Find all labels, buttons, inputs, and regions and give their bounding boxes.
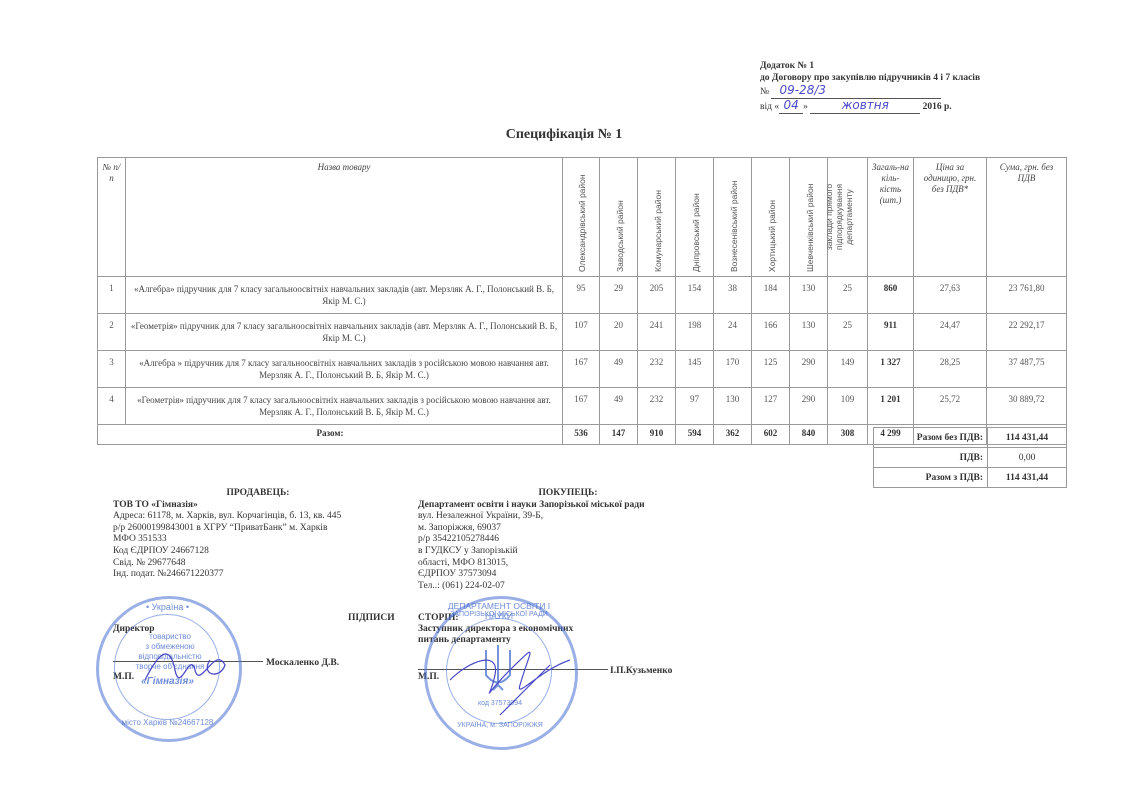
- header-district: Шевченківський район: [790, 158, 828, 277]
- table-row: 2«Геометрія» підручник для 7 класу загал…: [98, 314, 1067, 351]
- district-qty: 290: [790, 351, 828, 388]
- district-total: 840: [790, 425, 828, 445]
- seller-name: ТОВ ТО «Гімназія»: [113, 500, 403, 512]
- total-qty: 1 327: [868, 351, 914, 388]
- seller-detail-line: Інд. подат. №246671220377: [113, 569, 403, 581]
- district-qty: 130: [714, 388, 752, 425]
- header-sum: Сума, грн. без ПДВ: [987, 158, 1067, 277]
- district-qty: 107: [563, 314, 600, 351]
- summary-value: 0,00: [988, 448, 1067, 468]
- district-qty: 154: [676, 277, 714, 314]
- summary-row: Разом без ПДВ:114 431,44: [874, 428, 1067, 448]
- buyer-name: Департамент освіти і науки Запорізької м…: [418, 500, 718, 512]
- district-qty: 109: [828, 388, 868, 425]
- district-qty: 127: [752, 388, 790, 425]
- district-total: 308: [828, 425, 868, 445]
- seller-block: ПРОДАВЕЦЬ: ТОВ ТО «Гімназія» Адреса: 611…: [113, 488, 403, 581]
- buyer-detail-line: ЄДРПОУ 37573094: [418, 569, 718, 581]
- summary-value: 114 431,44: [988, 428, 1067, 448]
- header-district: Вознесенівський район: [714, 158, 752, 277]
- summary-label: Разом без ПДВ:: [874, 428, 988, 448]
- row-number: 4: [98, 388, 126, 425]
- district-qty: 167: [563, 388, 600, 425]
- row-number: 1: [98, 277, 126, 314]
- district-qty: 130: [790, 277, 828, 314]
- row-sum: 23 761,80: [987, 277, 1067, 314]
- contract-number: 09-28/3: [779, 83, 826, 97]
- buyer-detail-line: вул. Незалежної України, 39-Б,: [418, 511, 718, 523]
- district-qty: 49: [600, 351, 638, 388]
- buyer-heading: ПОКУПЕЦЬ:: [418, 488, 718, 500]
- district-total: 536: [563, 425, 600, 445]
- total-qty: 860: [868, 277, 914, 314]
- seller-detail-line: Код ЄДРПОУ 24667128: [113, 546, 403, 558]
- product-name: «Геометрія» підручник для 7 класу загаль…: [126, 314, 563, 351]
- table-row: 4«Геометрія» підручник для 7 класу загал…: [98, 388, 1067, 425]
- summary-row: Разом з ПДВ:114 431,44: [874, 468, 1067, 488]
- header-district: Хортицький район: [752, 158, 790, 277]
- row-number: 2: [98, 314, 126, 351]
- district-qty: 241: [638, 314, 676, 351]
- totals-label: Разом:: [98, 425, 563, 445]
- district-qty: 198: [676, 314, 714, 351]
- district-qty: 24: [714, 314, 752, 351]
- summary-value: 114 431,44: [988, 468, 1067, 488]
- date-month: жовтня: [842, 98, 889, 112]
- buyer-block: ПОКУПЕЦЬ: Департамент освіти і науки Зап…: [418, 488, 718, 592]
- buyer-detail-line: в ГУДКСУ у Запорізькій: [418, 546, 718, 558]
- date-day: 04: [783, 98, 798, 112]
- district-qty: 167: [563, 351, 600, 388]
- district-total: 602: [752, 425, 790, 445]
- district-qty: 149: [828, 351, 868, 388]
- seller-detail-line: Адреса: 61178, м. Харків, вул. Корчагінц…: [113, 511, 403, 523]
- total-qty: 911: [868, 314, 914, 351]
- annex-date: від «04» жовтня 2016 р.: [760, 99, 980, 114]
- seller-detail-line: р/р 26000199843001 в ХГРУ “ПриватБанк” м…: [113, 523, 403, 535]
- district-qty: 29: [600, 277, 638, 314]
- table-row: 1«Алгебра» підручник для 7 класу загальн…: [98, 277, 1067, 314]
- district-qty: 97: [676, 388, 714, 425]
- seller-heading: ПРОДАВЕЦЬ:: [113, 488, 403, 500]
- summary-row: ПДВ:0,00: [874, 448, 1067, 468]
- district-qty: 49: [600, 388, 638, 425]
- header-district: Комунарський район: [638, 158, 676, 277]
- buyer-detail-line: Тел..: (061) 224-02-07: [418, 581, 718, 593]
- page-title: Специфікація № 1: [0, 127, 1128, 143]
- annex-number: № 09-28/3: [760, 84, 980, 99]
- total-qty: 1 201: [868, 388, 914, 425]
- unit-price: 27,63: [914, 277, 987, 314]
- summary-label: ПДВ:: [874, 448, 988, 468]
- district-total: 147: [600, 425, 638, 445]
- header-district: Олександрівський район: [563, 158, 600, 277]
- unit-price: 24,47: [914, 314, 987, 351]
- row-sum: 30 889,72: [987, 388, 1067, 425]
- seller-signature-icon: [140, 640, 230, 690]
- seller-detail-line: МФО 351533: [113, 534, 403, 546]
- specification-table: № п/п Назва товару Олександрівський райо…: [97, 157, 1067, 445]
- annex-line1: Додаток № 1: [760, 60, 980, 72]
- district-qty: 95: [563, 277, 600, 314]
- header-no: № п/п: [98, 158, 126, 277]
- product-name: «Геометрія» підручник для 7 класу загаль…: [126, 388, 563, 425]
- header-district: Дніпровський район: [676, 158, 714, 277]
- header-name: Назва товару: [126, 158, 563, 277]
- unit-price: 25,72: [914, 388, 987, 425]
- district-qty: 232: [638, 351, 676, 388]
- district-qty: 125: [752, 351, 790, 388]
- district-total: 910: [638, 425, 676, 445]
- district-qty: 205: [638, 277, 676, 314]
- district-qty: 290: [790, 388, 828, 425]
- header-direct-institutions: заклади прямого підпорядкування департам…: [828, 158, 868, 277]
- district-qty: 145: [676, 351, 714, 388]
- district-qty: 166: [752, 314, 790, 351]
- buyer-signatory: І.П.Кузьменко: [610, 666, 672, 676]
- signatures-heading-left: ПІДПИСИ: [348, 613, 395, 623]
- buyer-signature-icon: [440, 640, 580, 720]
- product-name: «Алгебра » підручник для 7 класу загальн…: [126, 351, 563, 388]
- row-sum: 37 487,75: [987, 351, 1067, 388]
- district-qty: 38: [714, 277, 752, 314]
- district-qty: 184: [752, 277, 790, 314]
- district-total: 362: [714, 425, 752, 445]
- buyer-detail-line: області, МФО 813015,: [418, 558, 718, 570]
- district-total: 594: [676, 425, 714, 445]
- unit-price: 28,25: [914, 351, 987, 388]
- district-qty: 130: [790, 314, 828, 351]
- district-qty: 25: [828, 314, 868, 351]
- header-district: Заводський район: [600, 158, 638, 277]
- date-year: 2016 р.: [923, 102, 952, 112]
- summary-table: Разом без ПДВ:114 431,44ПДВ:0,00Разом з …: [873, 427, 1067, 488]
- table-header-row: № п/п Назва товару Олександрівський райо…: [98, 158, 1067, 277]
- summary-label: Разом з ПДВ:: [874, 468, 988, 488]
- seller-signatory: Москаленко Д.В.: [266, 658, 339, 668]
- buyer-detail-line: р/р 35422105278446: [418, 534, 718, 546]
- row-number: 3: [98, 351, 126, 388]
- buyer-detail-line: м. Запоріжжя, 69037: [418, 523, 718, 535]
- district-qty: 232: [638, 388, 676, 425]
- header-total-qty: Загаль-на кіль-кість (шт.): [868, 158, 914, 277]
- row-sum: 22 292,17: [987, 314, 1067, 351]
- table-row: 3«Алгебра » підручник для 7 класу загаль…: [98, 351, 1067, 388]
- header-unit-price: Ціна за одиницю, грн. без ПДВ*: [914, 158, 987, 277]
- annex-header: Додаток № 1 до Договору про закупівлю пі…: [760, 60, 980, 114]
- district-qty: 170: [714, 351, 752, 388]
- district-qty: 25: [828, 277, 868, 314]
- district-qty: 20: [600, 314, 638, 351]
- product-name: «Алгебра» підручник для 7 класу загально…: [126, 277, 563, 314]
- seller-detail-line: Свід. № 29677648: [113, 558, 403, 570]
